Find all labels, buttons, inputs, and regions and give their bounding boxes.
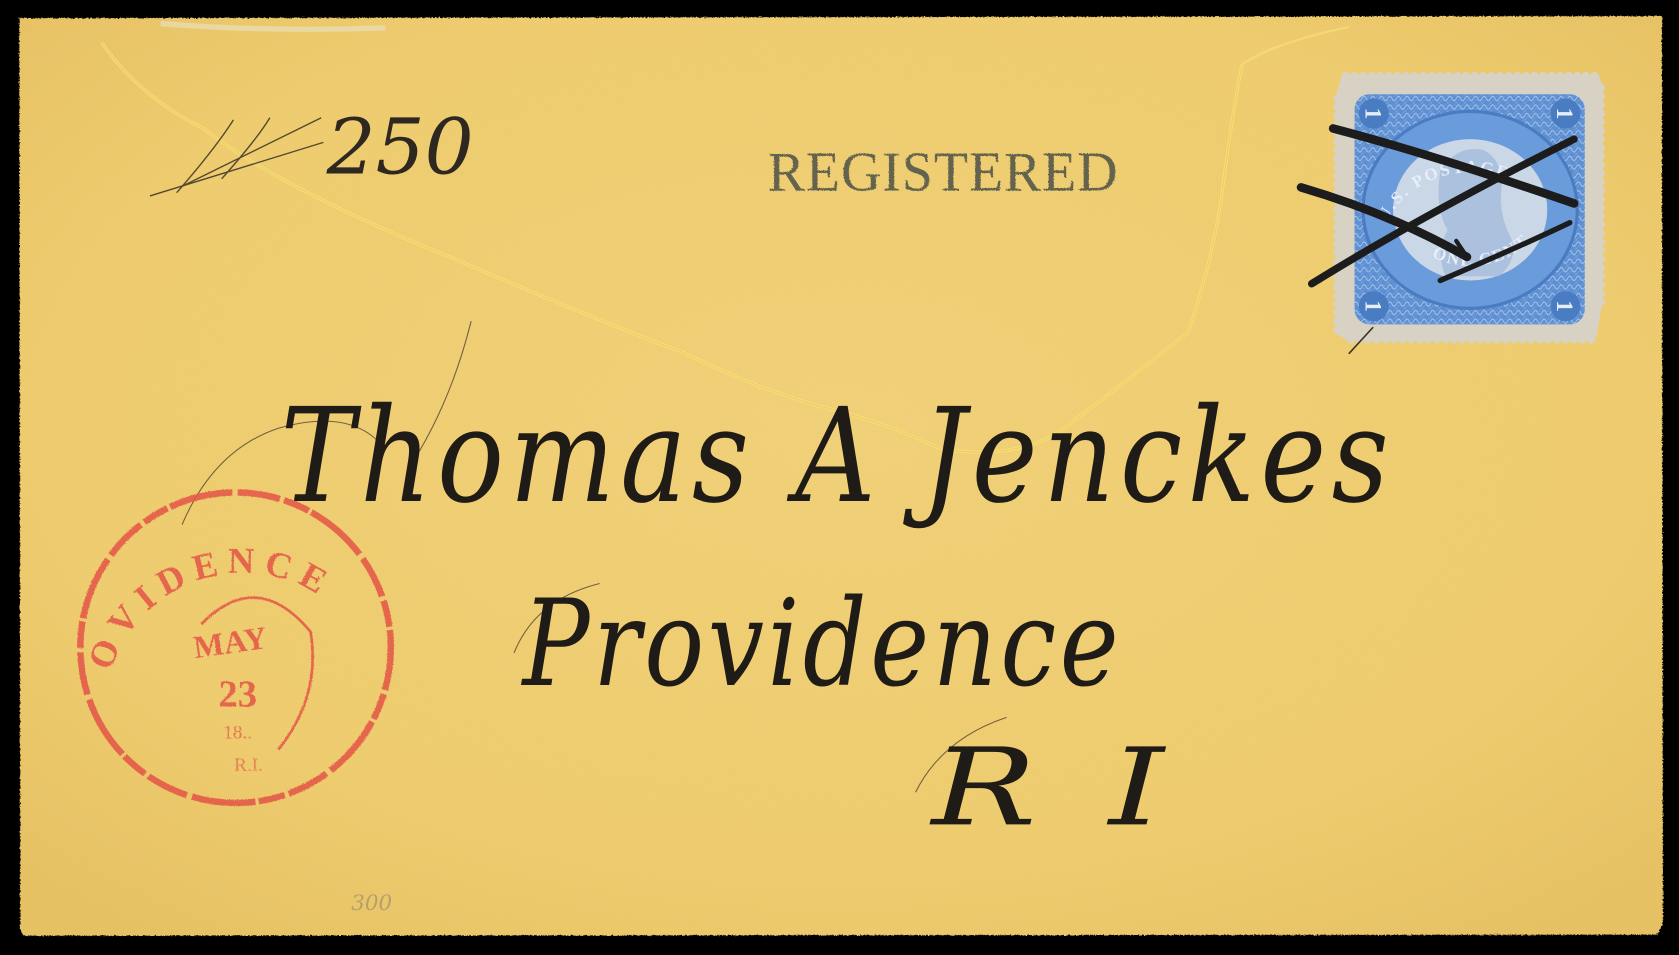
- address-name: Thomas A Jenckes: [281, 380, 1395, 532]
- address-city: Providence: [521, 575, 1122, 714]
- stamp-numeral-bl: 1: [1359, 300, 1385, 312]
- stamp-numeral-tl: 1: [1359, 108, 1385, 120]
- registered-handstamp: REGISTERED: [768, 142, 1119, 204]
- registry-number-text: 250: [326, 102, 474, 192]
- postmark-day: 23: [218, 674, 257, 716]
- registered-cover-image: 250 REGISTERED 1 1 1 1 U.S. POSTAGE: [0, 0, 1679, 955]
- stamp-numeral-tr: 1: [1551, 108, 1577, 120]
- postage-stamp: 1 1 1 1 U.S. POSTAGE ONE CENT: [1301, 72, 1605, 354]
- postmark-year: 18..: [223, 723, 252, 744]
- address-state: R I: [929, 726, 1178, 850]
- pencil-note: 300: [351, 891, 392, 916]
- stamp-numeral-br: 1: [1551, 300, 1577, 312]
- postmark-state: R.I.: [234, 755, 263, 776]
